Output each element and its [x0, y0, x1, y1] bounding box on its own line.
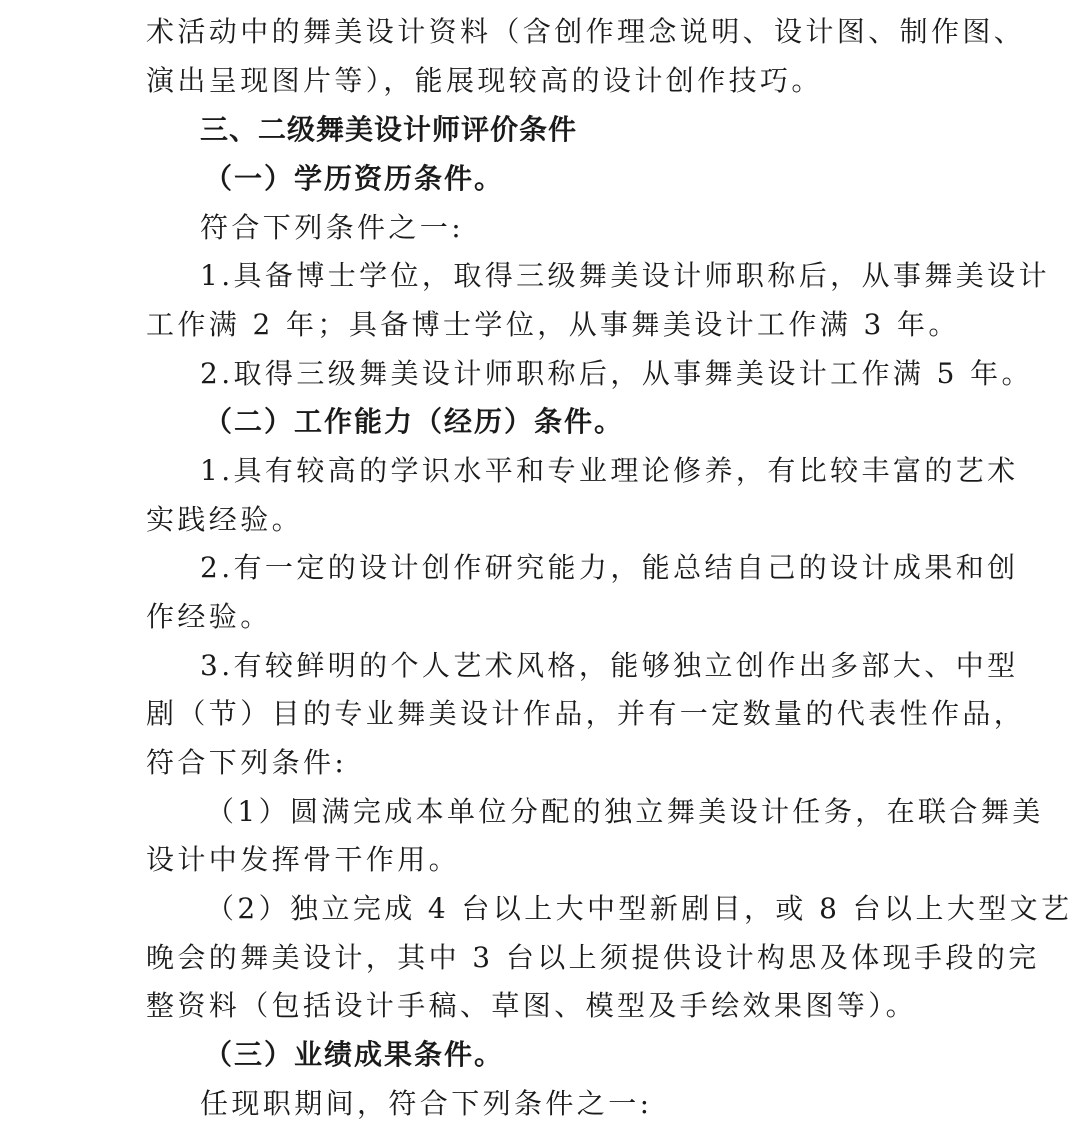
paragraph-line: 1.具备博士学位，取得三级舞美设计师职称后，从事舞美设计: [200, 252, 1010, 300]
paragraph-line: 设计中发挥骨干作用。: [146, 836, 956, 884]
paragraph-line: 符合下列条件:: [146, 739, 956, 787]
paragraph-line: 2.取得三级舞美设计师职称后，从事舞美设计工作满 5 年。: [200, 350, 1010, 398]
document-page: 术活动中的舞美设计资料（含创作理念说明、设计图、制作图、 演出呈现图片等），能展…: [0, 0, 1080, 1128]
paragraph-line: 剧（节）目的专业舞美设计作品，并有一定数量的代表性作品，: [146, 690, 956, 738]
paragraph-line: 1.具有较高的学识水平和专业理论修养，有比较丰富的艺术: [200, 447, 1010, 495]
paragraph-line: 实践经验。: [146, 496, 956, 544]
paragraph-line: 晚会的舞美设计，其中 3 台以上须提供设计构思及体现手段的完: [146, 934, 956, 982]
paragraph-line: 符合下列条件之一:: [200, 204, 1010, 252]
paragraph-line: 作经验。: [146, 593, 956, 641]
paragraph-line: 3.有较鲜明的个人艺术风格，能够独立创作出多部大、中型: [200, 642, 1010, 690]
subsection-heading: （二）工作能力（经历）条件。: [204, 398, 1014, 446]
subsection-heading: （三）业绩成果条件。: [204, 1031, 1014, 1079]
paragraph-line: 工作满 2 年；具备博士学位，从事舞美设计工作满 3 年。: [146, 301, 956, 349]
paragraph-line: 演出呈现图片等），能展现较高的设计创作技巧。: [146, 57, 956, 105]
section-heading: 三、二级舞美设计师评价条件: [200, 106, 1010, 154]
paragraph-line: 整资料（包括设计手稿、草图、模型及手绘效果图等）。: [146, 982, 956, 1030]
paragraph-line: 2.有一定的设计创作研究能力，能总结自己的设计成果和创: [200, 544, 1010, 592]
paragraph-line: （2）独立完成 4 台以上大中型新剧目，或 8 台以上大型文艺: [206, 885, 1016, 933]
subsection-heading: （一）学历资历条件。: [204, 155, 1014, 203]
paragraph-line: （1）圆满完成本单位分配的独立舞美设计任务，在联合舞美: [206, 788, 1016, 836]
paragraph-line: 任现职期间，符合下列条件之一:: [200, 1080, 1010, 1128]
paragraph-line: 术活动中的舞美设计资料（含创作理念说明、设计图、制作图、: [146, 8, 956, 56]
